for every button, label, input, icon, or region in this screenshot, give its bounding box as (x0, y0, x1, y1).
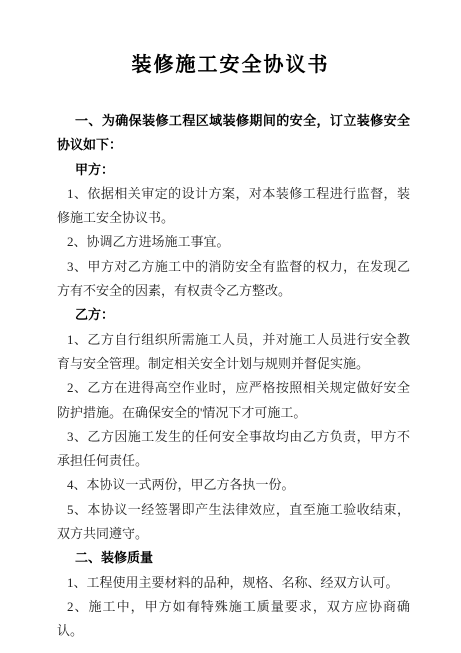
document-title: 装修施工安全协议书 (0, 0, 461, 80)
section-heading: 一、为确保装修工程区域装修期间的安全，订立装修安全协议如下： (57, 109, 410, 158)
paragraph: 4、本协议一式两份，甲乙方各执一份。 (57, 473, 410, 497)
paragraph: 2、协调乙方进场施工事宜。 (57, 230, 410, 254)
document-page: 装修施工安全协议书 一、为确保装修工程区域装修期间的安全，订立装修安全协议如下：… (0, 0, 461, 653)
document-body: 一、为确保装修工程区域装修期间的安全，订立装修安全协议如下：甲方：1、依据相关审… (57, 109, 410, 644)
paragraph: 2、乙方在进得高空作业时，应严格按照相关规定做好安全防护措施。在确保安全的'情况… (57, 376, 410, 425)
section-heading: 乙方： (57, 303, 410, 327)
paragraph: 1、乙方自行组织所需施工人员，并对施工人员进行安全教育与安全管理。制定相关安全计… (57, 328, 410, 377)
page-number-footer: 第 1 页 共 1 页 (0, 600, 461, 613)
paragraph: 1、依据相关审定的设计方案，对本装修工程进行监督，装修施工安全协议书。 (57, 182, 410, 231)
section-heading: 甲方： (57, 158, 410, 182)
section-heading: 二、装修质量 (57, 546, 410, 570)
paragraph: 5、本协议一经签署即产生法律效应，直至施工验收结束，双方共同遵守。 (57, 498, 410, 547)
paragraph: 1、工程使用主要材料的品种，规格、名称、经双方认可。 (57, 571, 410, 595)
paragraph: 3、甲方对乙方施工中的消防安全有监督的权力，在发现乙方有不安全的因素，有权责令乙… (57, 255, 410, 304)
paragraph: 3、乙方因施工发生的任何安全事故均由乙方负责，甲方不承担任何责任。 (57, 425, 410, 474)
